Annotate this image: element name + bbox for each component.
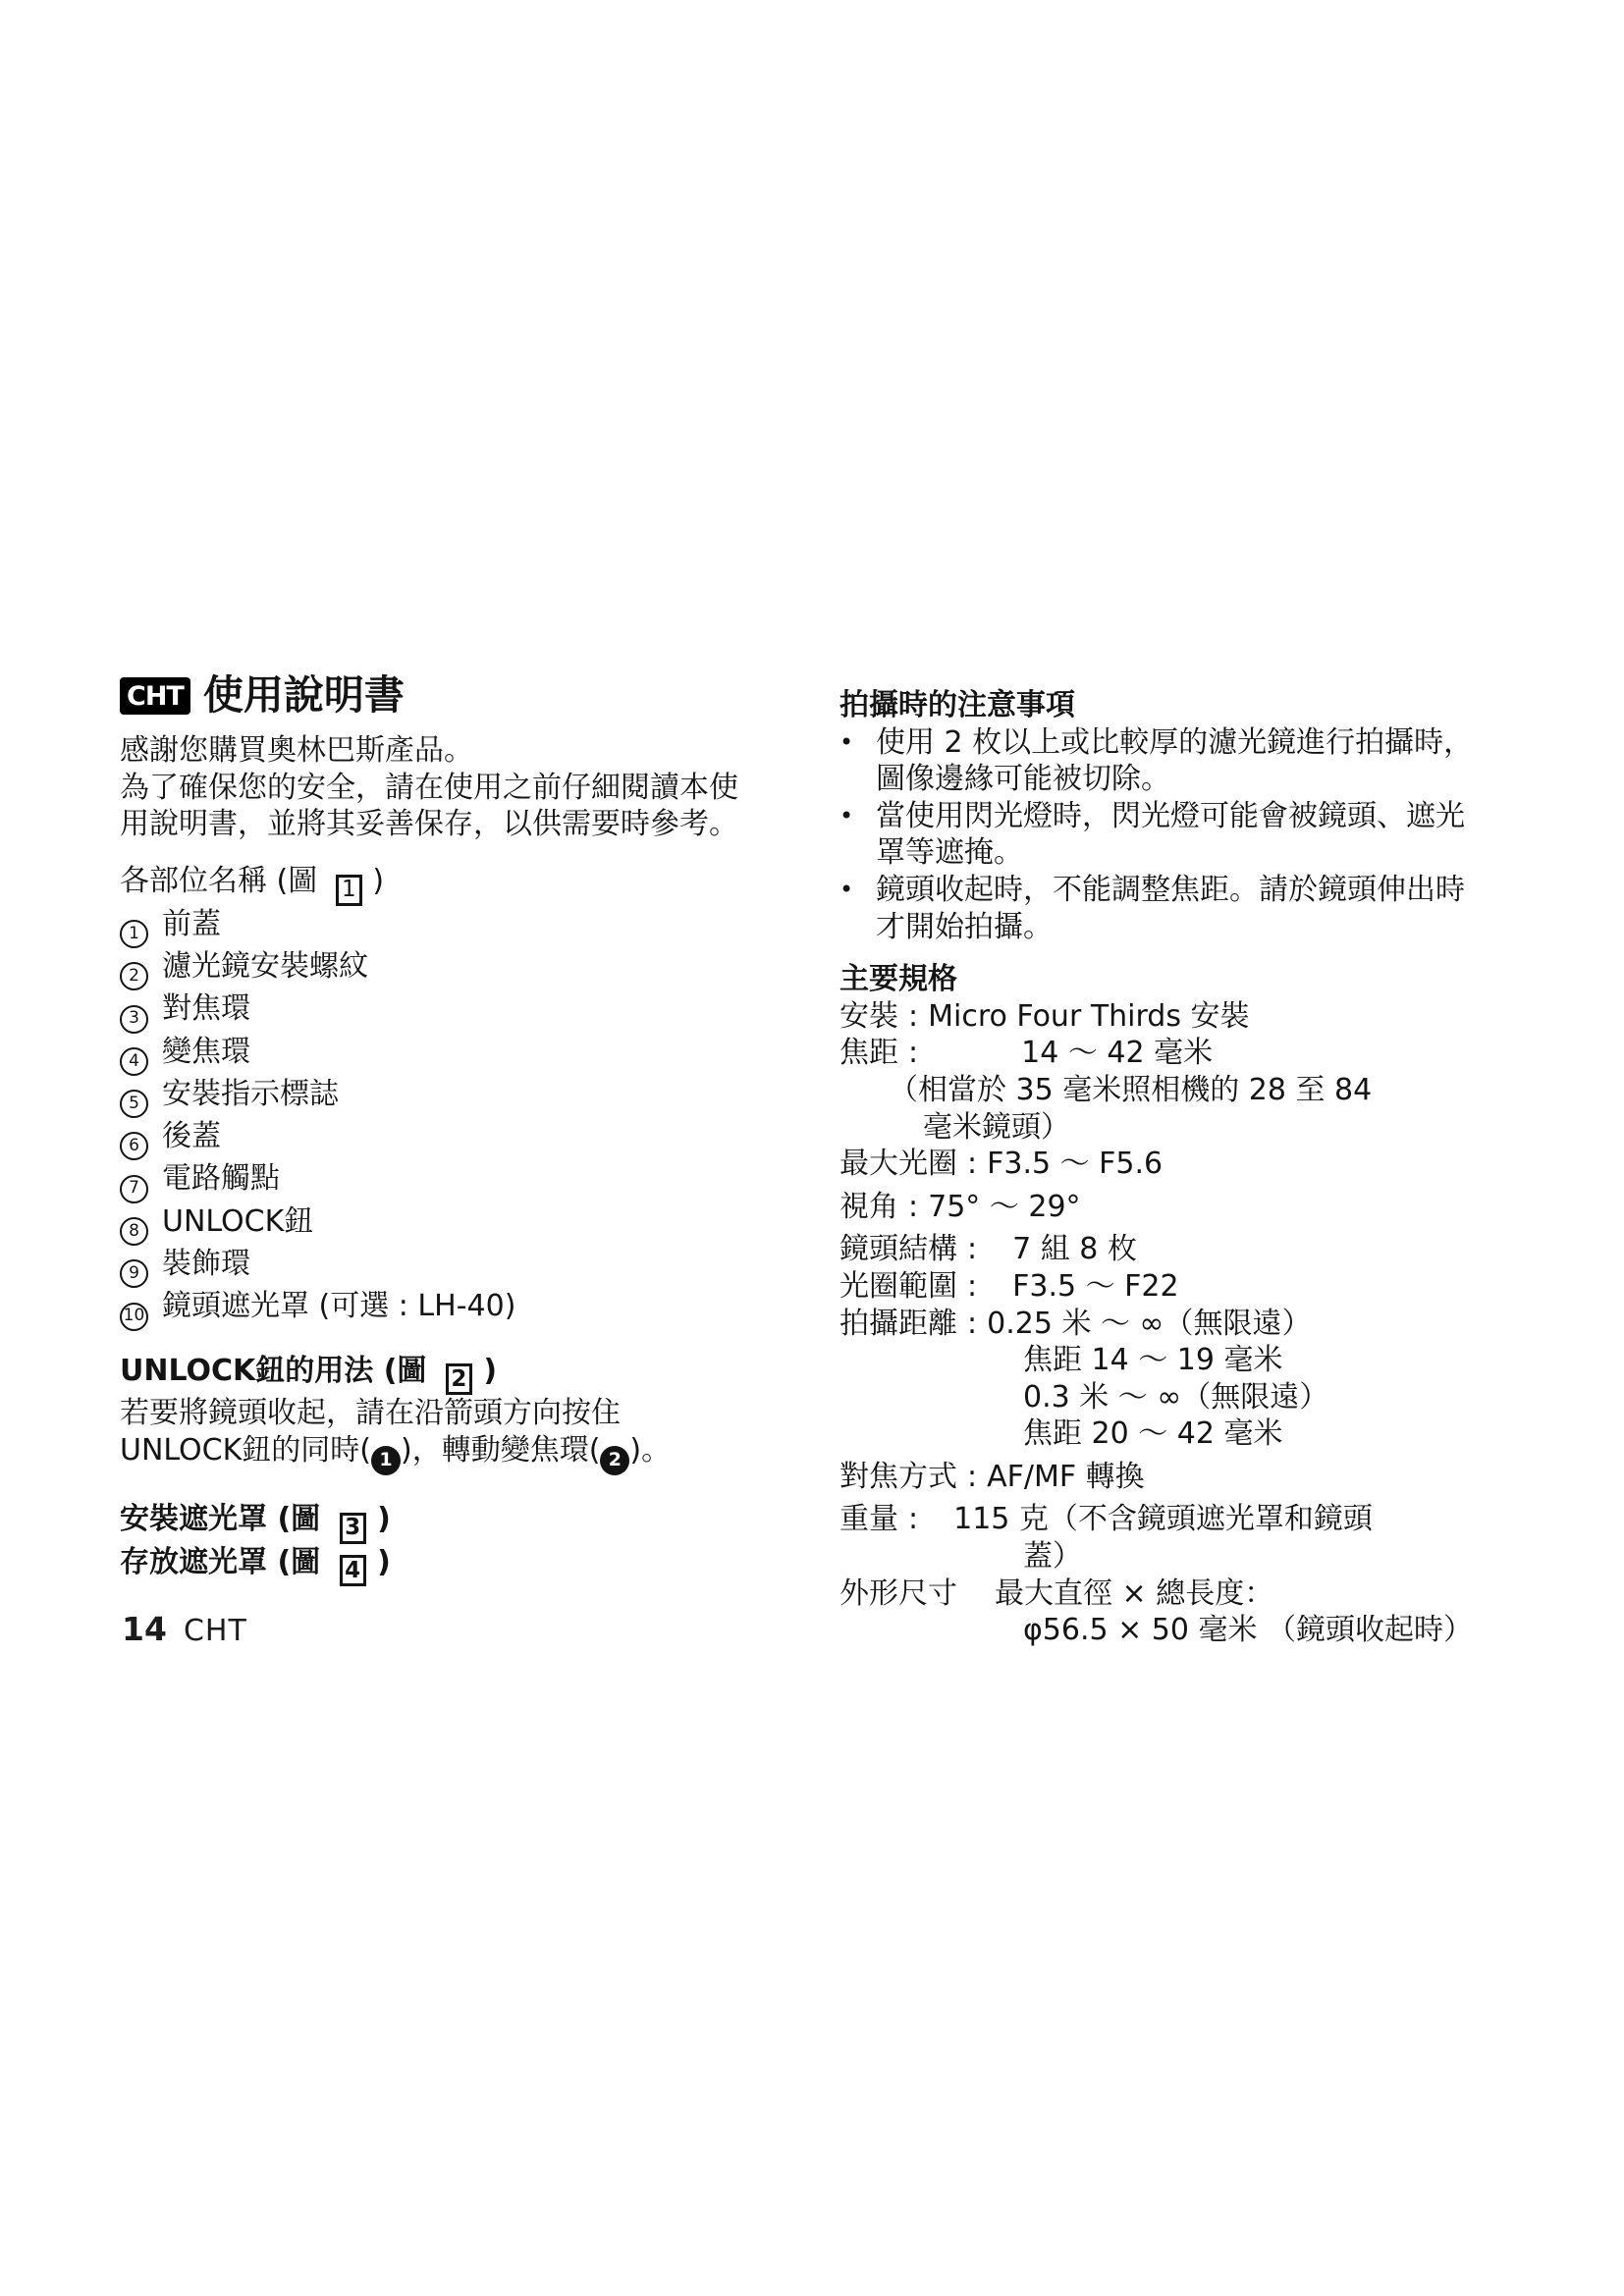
note-text: 鏡頭收起時，不能調整焦距。請於鏡頭伸出時 才開始拍攝。: [876, 872, 1465, 945]
figure-number-box: 2: [446, 1363, 472, 1395]
note-item: • 使用 2 枚以上或比較厚的濾光鏡進行拍攝時， 圖像邊緣可能被切除。: [839, 724, 1527, 798]
spec-colon: :: [967, 1460, 977, 1494]
unlock-body-line: 若要將鏡頭收起，請在沿箭頭方向按住: [120, 1395, 787, 1432]
spec-value: 115 克（不含鏡頭遮光罩和鏡頭: [953, 1502, 1373, 1536]
page-title: 使用說明書: [203, 673, 405, 718]
spec-row: 外形尺寸最大直徑 × 總長度：: [839, 1575, 1527, 1613]
unlock-section-heading: UNLOCK鈕的用法 (圖 2 ): [120, 1353, 787, 1396]
spec-label: 重量: [839, 1502, 898, 1536]
heading-text: ): [377, 1545, 391, 1579]
intro-paragraph: 感謝您購買奧林巴斯產品。 為了確保您的安全，請在使用之前仔細閱讀本使 用說明書，…: [120, 732, 787, 843]
note-line: 才開始拍攝。: [876, 909, 1465, 946]
note-item: • 鏡頭收起時，不能調整焦距。請於鏡頭伸出時 才開始拍攝。: [839, 872, 1527, 945]
spec-row: 焦距:14 〜 42 毫米: [839, 1035, 1527, 1072]
spec-continuation: 0.3 米 〜 ∞（無限遠）: [839, 1379, 1527, 1416]
figure-number-box: 1: [336, 875, 362, 906]
spec-row: 重量:115 克（不含鏡頭遮光罩和鏡頭: [839, 1501, 1527, 1538]
list-item: 6後蓋: [120, 1118, 787, 1160]
parts-section-heading: 各部位名稱 (圖 1 ): [120, 863, 787, 906]
spec-colon: :: [908, 1502, 918, 1536]
spec-continuation: （相當於 35 毫米照相機的 28 至 84: [839, 1072, 1527, 1109]
notes-list: • 使用 2 枚以上或比較厚的濾光鏡進行拍攝時， 圖像邊緣可能被切除。 • 當使…: [839, 724, 1527, 946]
heading-text: ): [483, 1354, 497, 1388]
circled-number-icon: 7: [120, 1175, 148, 1203]
spec-value: AF/MF 轉換: [987, 1460, 1145, 1494]
page-language-label: CHT: [184, 1614, 247, 1648]
left-column: CHT 使用說明書 感謝您購買奧林巴斯產品。 為了確保您的安全，請在使用之前仔細…: [120, 673, 787, 1586]
spec-label: 光圈範圍: [839, 1269, 957, 1304]
spec-colon: :: [967, 1269, 977, 1304]
heading-text: UNLOCK鈕的用法 (圖: [120, 1354, 426, 1388]
specs-list: 安裝:Micro Four Thirds 安裝 焦距:14 〜 42 毫米 （相…: [839, 998, 1527, 1649]
spec-row: 拍攝距離:0.25 米 〜 ∞（無限遠）: [839, 1306, 1527, 1343]
circled-number-icon: 9: [120, 1259, 148, 1288]
bullet-icon: •: [839, 724, 876, 798]
spec-value: Micro Four Thirds 安裝: [928, 999, 1249, 1034]
language-badge: CHT: [120, 677, 190, 715]
figure-number-box: 3: [340, 1513, 366, 1544]
circled-number-icon: 10: [120, 1303, 148, 1331]
spec-row: 安裝:Micro Four Thirds 安裝: [839, 998, 1527, 1036]
spec-row: 對焦方式:AF/MF 轉換: [839, 1459, 1527, 1496]
spec-continuation: 蓋）: [839, 1538, 1527, 1575]
body-text: )。: [629, 1433, 671, 1468]
heading-text: 存放遮光罩 (圖: [120, 1545, 320, 1579]
spec-value: 最大直徑 × 總長度：: [995, 1576, 1273, 1611]
unlock-body-line: UNLOCK鈕的同時(1)，轉動變焦環(2)。: [120, 1432, 787, 1475]
bullet-icon: •: [839, 798, 876, 872]
page-footer: 14 CHT: [122, 1610, 247, 1648]
intro-line: 感謝您購買奧林巴斯產品。: [120, 732, 787, 770]
circled-number-icon: 8: [120, 1217, 148, 1246]
intro-line: 用說明書，並將其妥善保存，以供需要時參考。: [120, 806, 787, 843]
spec-row: 視角:75° 〜 29°: [839, 1189, 1527, 1226]
spec-colon: :: [967, 1232, 977, 1266]
heading-text: 各部位名稱 (圖: [120, 864, 317, 898]
step-number-icon: 2: [600, 1446, 629, 1475]
circled-number-icon: 1: [120, 920, 148, 948]
spec-row: 最大光圈:F3.5 〜 F5.6: [839, 1146, 1527, 1183]
spec-label: 外形尺寸: [839, 1576, 957, 1611]
circled-number-icon: 2: [120, 962, 148, 990]
spec-label: 最大光圈: [839, 1147, 957, 1181]
figure-number-box: 4: [340, 1555, 366, 1586]
spec-value: 14 〜 42 毫米: [1021, 1036, 1213, 1070]
manual-page: CHT 使用說明書 感謝您購買奧林巴斯產品。 為了確保您的安全，請在使用之前仔細…: [0, 0, 1624, 2296]
title-row: CHT 使用說明書: [120, 673, 787, 718]
spec-label: 視角: [839, 1190, 898, 1224]
part-label: 裝飾環: [162, 1247, 250, 1281]
notes-section-heading: 拍攝時的注意事項: [839, 687, 1527, 724]
spec-value: F3.5 〜 F22: [1012, 1269, 1178, 1304]
list-item: 5安裝指示標誌: [120, 1076, 787, 1118]
right-column: 拍攝時的注意事項 • 使用 2 枚以上或比較厚的濾光鏡進行拍攝時， 圖像邊緣可能…: [839, 687, 1527, 1649]
hood-section: 安裝遮光罩 (圖 3 ) 存放遮光罩 (圖 4 ): [120, 1501, 787, 1587]
parts-list: 1前蓋 2濾光鏡安裝螺紋 3對焦環 4變焦環 5安裝指示標誌 6後蓋 7電路觸點…: [120, 906, 787, 1331]
note-text: 當使用閃光燈時，閃光燈可能會被鏡頭、遮光 罩等遮掩。: [876, 798, 1465, 872]
note-line: 當使用閃光燈時，閃光燈可能會被鏡頭、遮光: [876, 798, 1465, 835]
note-line: 圖像邊緣可能被切除。: [876, 761, 1473, 798]
spec-label: 鏡頭結構: [839, 1232, 957, 1266]
note-text: 使用 2 枚以上或比較厚的濾光鏡進行拍攝時， 圖像邊緣可能被切除。: [876, 724, 1473, 798]
spec-label: 拍攝距離: [839, 1307, 957, 1341]
part-label: 後蓋: [162, 1119, 221, 1153]
spec-value: 75° 〜 29°: [928, 1190, 1080, 1224]
list-item: 7電路觸點: [120, 1160, 787, 1202]
part-label: 濾光鏡安裝螺紋: [162, 949, 368, 984]
spec-row: 鏡頭結構:7 組 8 枚: [839, 1231, 1527, 1268]
circled-number-icon: 5: [120, 1090, 148, 1118]
intro-line: 為了確保您的安全，請在使用之前仔細閱讀本使: [120, 770, 787, 807]
step-number-icon: 1: [371, 1446, 401, 1475]
list-item: 4變焦環: [120, 1034, 787, 1076]
note-item: • 當使用閃光燈時，閃光燈可能會被鏡頭、遮光 罩等遮掩。: [839, 798, 1527, 872]
note-line: 使用 2 枚以上或比較厚的濾光鏡進行拍攝時，: [876, 724, 1473, 762]
list-item: 8UNLOCK鈕: [120, 1203, 787, 1246]
spec-colon: :: [908, 999, 918, 1034]
specs-section-heading: 主要規格: [839, 961, 1527, 998]
spec-colon: :: [967, 1307, 977, 1341]
spec-colon: :: [967, 1147, 977, 1181]
list-item: 2濾光鏡安裝螺紋: [120, 948, 787, 990]
part-label: 對焦環: [162, 991, 250, 1026]
heading-text: 安裝遮光罩 (圖: [120, 1502, 320, 1536]
list-item: 10鏡頭遮光罩 (可選 : LH-40): [120, 1288, 787, 1330]
list-item: 1前蓋: [120, 906, 787, 948]
list-item: 9裝飾環: [120, 1246, 787, 1288]
circled-number-icon: 3: [120, 1005, 148, 1034]
spec-colon: :: [908, 1036, 918, 1070]
heading-text: ): [372, 864, 384, 898]
unlock-section: UNLOCK鈕的用法 (圖 2 ) 若要將鏡頭收起，請在沿箭頭方向按住 UNLO…: [120, 1353, 787, 1475]
spec-continuation: φ56.5 × 50 毫米 （鏡頭收起時）: [839, 1612, 1527, 1649]
note-line: 鏡頭收起時，不能調整焦距。請於鏡頭伸出時: [876, 872, 1465, 909]
part-label: 電路觸點: [162, 1161, 280, 1196]
spec-row: 光圈範圍:F3.5 〜 F22: [839, 1268, 1527, 1306]
spec-continuation: 焦距 14 〜 19 毫米: [839, 1342, 1527, 1379]
circled-number-icon: 6: [120, 1132, 148, 1160]
bullet-icon: •: [839, 872, 876, 945]
spec-colon: :: [908, 1190, 918, 1224]
hood-store-heading: 存放遮光罩 (圖 4 ): [120, 1544, 787, 1587]
spec-value: F3.5 〜 F5.6: [987, 1147, 1163, 1181]
spec-value: 0.25 米 〜 ∞（無限遠）: [987, 1307, 1311, 1341]
note-line: 罩等遮掩。: [876, 834, 1465, 872]
circled-number-icon: 4: [120, 1047, 148, 1076]
spec-value: 7 組 8 枚: [1012, 1232, 1137, 1266]
part-label: 變焦環: [162, 1035, 250, 1069]
page-number: 14: [122, 1610, 167, 1648]
body-text: )，轉動變焦環(: [401, 1433, 600, 1468]
hood-attach-heading: 安裝遮光罩 (圖 3 ): [120, 1501, 787, 1544]
body-text: UNLOCK鈕的同時(: [120, 1433, 371, 1468]
heading-text: ): [377, 1502, 391, 1536]
spec-label: 對焦方式: [839, 1460, 957, 1494]
part-label: 鏡頭遮光罩 (可選 : LH-40): [162, 1289, 515, 1323]
spec-continuation: 毫米鏡頭）: [839, 1109, 1527, 1147]
spec-continuation: 焦距 20 〜 42 毫米: [839, 1415, 1527, 1453]
spec-label: 焦距: [839, 1036, 898, 1070]
spec-label: 安裝: [839, 999, 898, 1034]
part-label: 安裝指示標誌: [162, 1077, 339, 1111]
list-item: 3對焦環: [120, 990, 787, 1033]
part-label: 前蓋: [162, 907, 221, 941]
part-label: UNLOCK鈕: [162, 1204, 313, 1239]
